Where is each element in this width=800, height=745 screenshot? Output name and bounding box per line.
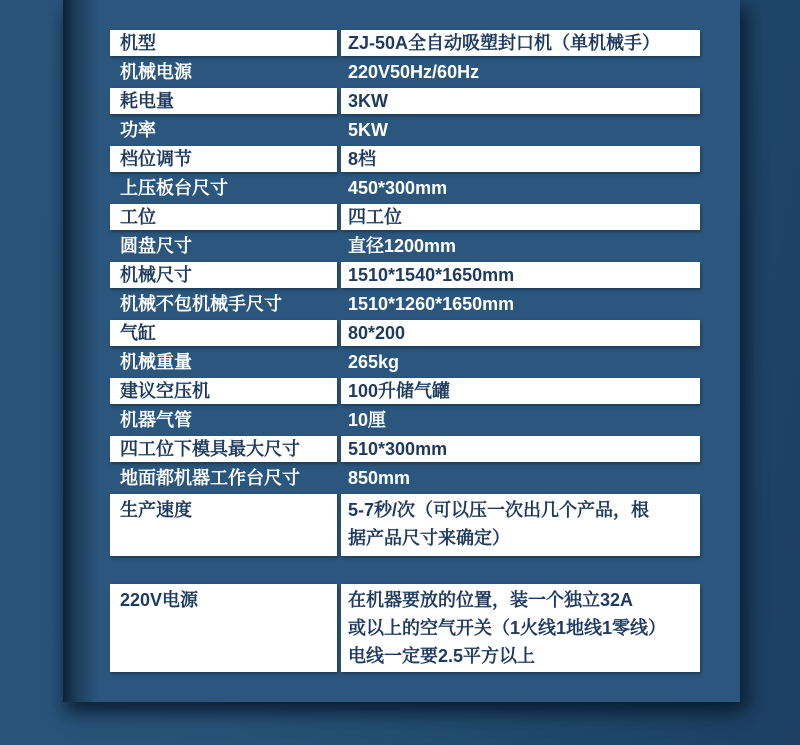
spec-table-row: 地面都机器工作台尺寸 850mm <box>110 465 700 491</box>
spec-label: 圆盘尺寸 <box>110 233 337 259</box>
spec-table-row: 档位调节 8档 <box>110 146 700 172</box>
spec-label: 四工位下模具最大尺寸 <box>110 436 337 462</box>
spec-value: 5KW <box>341 117 700 143</box>
power-note-value: 在机器要放的位置，装一个独立32A 或以上的空气开关（1火线1地线1零线） 电线… <box>341 584 700 672</box>
spec-label: 气缸 <box>110 320 337 346</box>
spec-label: 耗电量 <box>110 88 337 114</box>
spec-table: 机型 ZJ-50A全自动吸塑封口机（单机械手） 机械电源 220V50Hz/60… <box>110 30 700 556</box>
spec-label: 机器气管 <box>110 407 337 433</box>
spec-value: 220V50Hz/60Hz <box>341 59 700 85</box>
spec-value: 850mm <box>341 465 700 491</box>
spec-value: 510*300mm <box>341 436 700 462</box>
spec-label: 功率 <box>110 117 337 143</box>
spec-table-row: 功率 5KW <box>110 117 700 143</box>
spec-value: 1510*1540*1650mm <box>341 262 700 288</box>
spec-table-row: 机器气管 10厘 <box>110 407 700 433</box>
spec-table-row: 生产速度 5-7秒/次（可以压一次出几个产品，根 据产品尺寸来确定） <box>110 494 700 556</box>
spec-label: 生产速度 <box>110 494 337 556</box>
spec-table-row: 机械尺寸 1510*1540*1650mm <box>110 262 700 288</box>
spec-label: 机械不包机械手尺寸 <box>110 291 337 317</box>
spec-value: 8档 <box>341 146 700 172</box>
spec-value: 450*300mm <box>341 175 700 201</box>
spec-sheet-page: 机型 ZJ-50A全自动吸塑封口机（单机械手） 机械电源 220V50Hz/60… <box>63 0 740 702</box>
spec-value: 100升储气罐 <box>341 378 700 404</box>
spec-value: 1510*1260*1650mm <box>341 291 700 317</box>
spec-table-row: 上压板台尺寸 450*300mm <box>110 175 700 201</box>
spec-table-row: 机械不包机械手尺寸 1510*1260*1650mm <box>110 291 700 317</box>
page-background: 机型 ZJ-50A全自动吸塑封口机（单机械手） 机械电源 220V50Hz/60… <box>0 0 800 745</box>
spec-sheet-content: 机型 ZJ-50A全自动吸塑封口机（单机械手） 机械电源 220V50Hz/60… <box>110 30 700 675</box>
spec-table-row: 圆盘尺寸 直径1200mm <box>110 233 700 259</box>
spec-label: 上压板台尺寸 <box>110 175 337 201</box>
spec-table-row: 机型 ZJ-50A全自动吸塑封口机（单机械手） <box>110 30 700 56</box>
spec-label: 档位调节 <box>110 146 337 172</box>
spec-table-row: 耗电量 3KW <box>110 88 700 114</box>
spec-label: 机械重量 <box>110 349 337 375</box>
spec-value: 80*200 <box>341 320 700 346</box>
spec-label: 机械尺寸 <box>110 262 337 288</box>
spec-table-row: 工位 四工位 <box>110 204 700 230</box>
power-note-row: 220V电源 在机器要放的位置，装一个独立32A 或以上的空气开关（1火线1地线… <box>110 584 700 672</box>
power-note-label: 220V电源 <box>110 584 337 672</box>
spec-value: 直径1200mm <box>341 233 700 259</box>
spec-label: 机型 <box>110 30 337 56</box>
spec-value: 3KW <box>341 88 700 114</box>
spec-value: 5-7秒/次（可以压一次出几个产品，根 据产品尺寸来确定） <box>341 494 700 556</box>
spec-table-row: 机械重量 265kg <box>110 349 700 375</box>
spec-value: ZJ-50A全自动吸塑封口机（单机械手） <box>341 30 700 56</box>
spec-table-row: 气缸 80*200 <box>110 320 700 346</box>
spec-label: 机械电源 <box>110 59 337 85</box>
spec-label: 工位 <box>110 204 337 230</box>
spec-table-row: 建议空压机 100升储气罐 <box>110 378 700 404</box>
spec-value: 四工位 <box>341 204 700 230</box>
spec-label: 建议空压机 <box>110 378 337 404</box>
spec-table-row: 机械电源 220V50Hz/60Hz <box>110 59 700 85</box>
spec-value: 265kg <box>341 349 700 375</box>
spec-table-row: 四工位下模具最大尺寸 510*300mm <box>110 436 700 462</box>
spec-value: 10厘 <box>341 407 700 433</box>
spec-label: 地面都机器工作台尺寸 <box>110 465 337 491</box>
